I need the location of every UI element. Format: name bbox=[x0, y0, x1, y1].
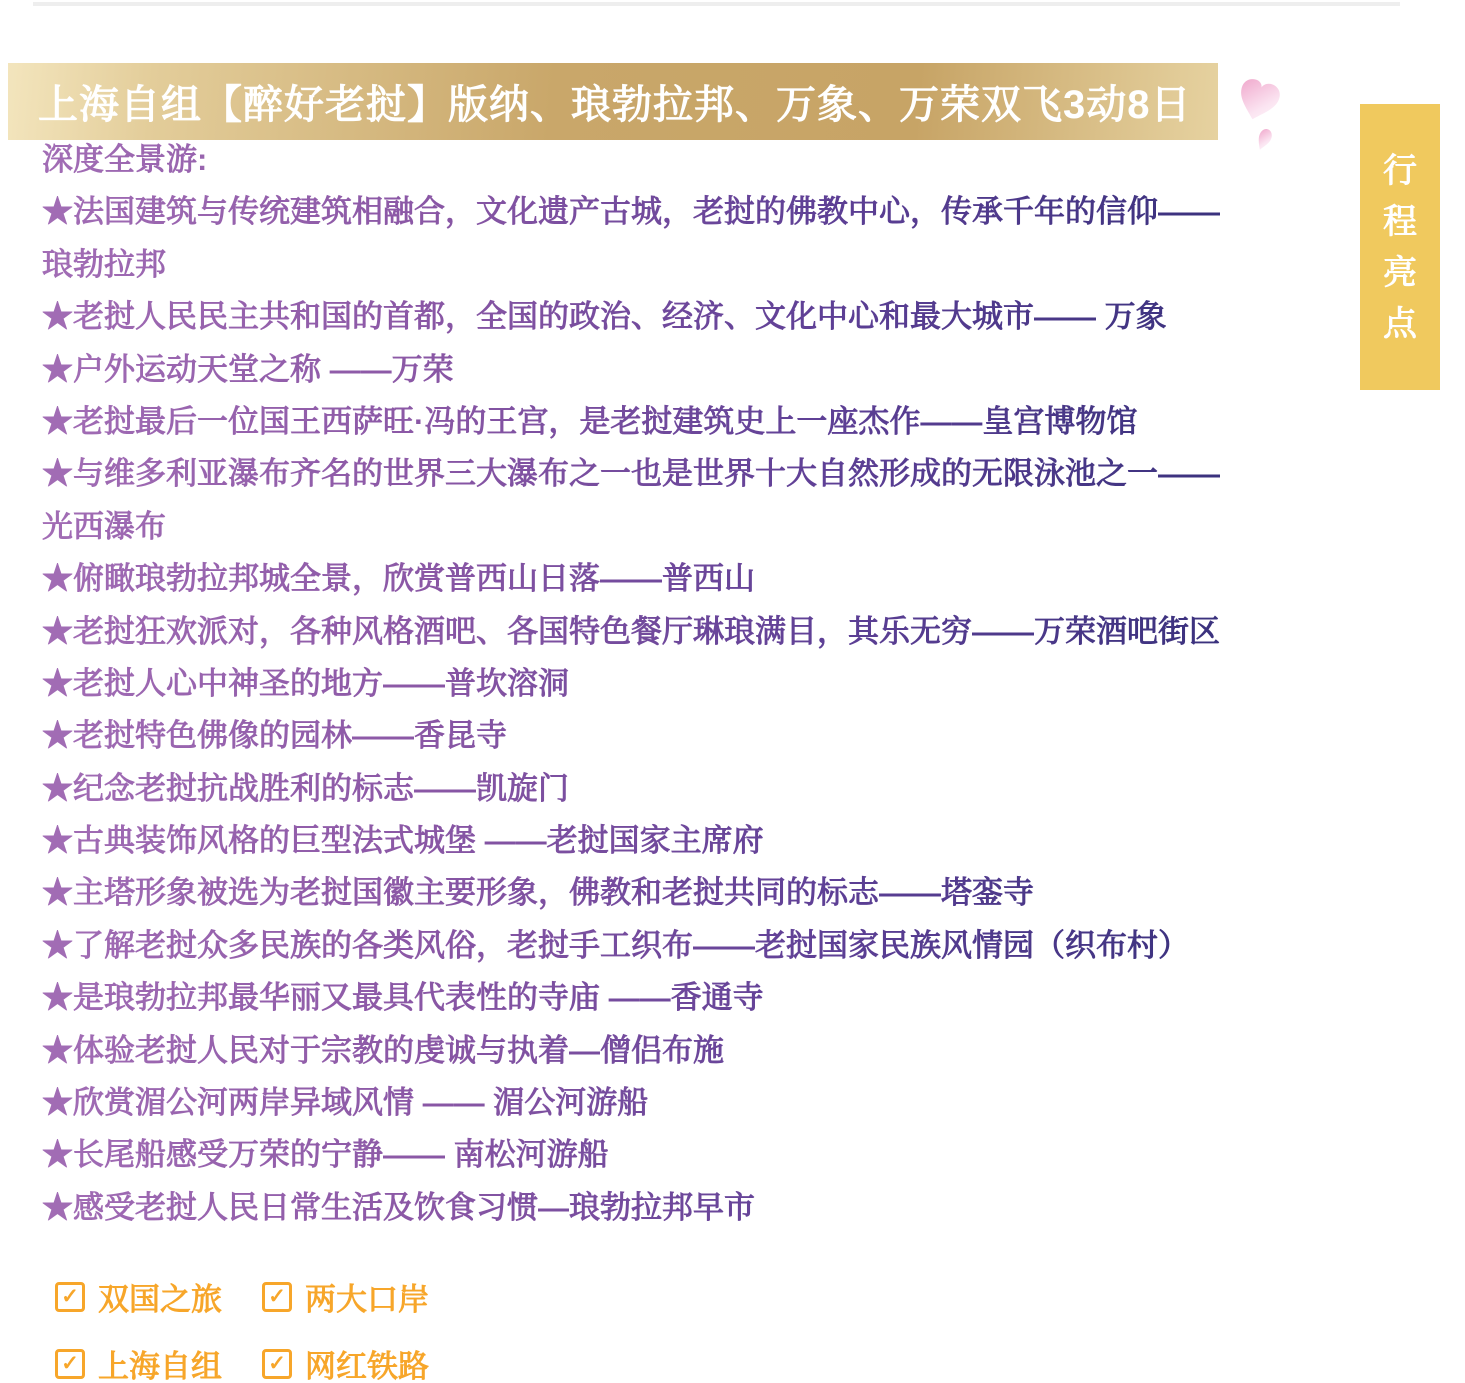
highlight-line: ★欣赏湄公河两岸异域风情 —— 湄公河游船 bbox=[42, 1077, 1320, 1129]
feature-item-dual-country: ✓ 双国之旅 bbox=[55, 1274, 222, 1319]
highlight-line: 光西瀑布 bbox=[42, 501, 1320, 553]
top-divider bbox=[33, 2, 1400, 6]
checked-box-icon: ✓ bbox=[55, 1282, 85, 1312]
feature-label: 上海自组 bbox=[98, 1341, 222, 1383]
highlight-line: ★体验老挝人民对于宗教的虔诚与执着—僧侣布施 bbox=[42, 1025, 1320, 1077]
highlight-line: ★长尾船感受万荣的宁静—— 南松河游船 bbox=[42, 1129, 1320, 1181]
side-tab-char: 亮 bbox=[1383, 256, 1417, 290]
highlight-line: ★户外运动天堂之称 ——万荣 bbox=[42, 344, 1320, 396]
page-title: 上海自组【醉好老挝】版纳、琅勃拉邦、万象、万荣双飞3动8日 bbox=[8, 73, 1192, 130]
highlight-line: 琅勃拉邦 bbox=[42, 239, 1320, 291]
highlight-line: ★老挝特色佛像的园林——香昆寺 bbox=[42, 710, 1320, 762]
tab-itinerary-highlights: 行 程 亮 点 bbox=[1360, 104, 1440, 390]
side-tab-char: 行 bbox=[1383, 154, 1417, 188]
feature-label: 双国之旅 bbox=[98, 1274, 222, 1319]
feature-label: 网红铁路 bbox=[305, 1341, 429, 1383]
highlight-line: ★法国建筑与传统建筑相融合，文化遗产古城，老挝的佛教中心，传承千年的信仰—— bbox=[42, 186, 1320, 238]
highlight-line: ★了解老挝众多民族的各类风俗，老挝手工织布——老挝国家民族风情园（织布村） bbox=[42, 920, 1320, 972]
highlight-line: ★老挝狂欢派对，各种风格酒吧、各国特色餐厅琳琅满目，其乐无穷——万荣酒吧街区 bbox=[42, 606, 1320, 658]
feature-item-two-ports: ✓ 两大口岸 bbox=[262, 1274, 429, 1319]
highlight-line: ★是琅勃拉邦最华丽又最具代表性的寺庙 ——香通寺 bbox=[42, 972, 1320, 1024]
title-banner: 上海自组【醉好老挝】版纳、琅勃拉邦、万象、万荣双飞3动8日 bbox=[8, 63, 1218, 140]
highlights-list: 深度全景游: ★法国建筑与传统建筑相融合，文化遗产古城，老挝的佛教中心，传承千年… bbox=[42, 134, 1320, 1234]
checked-box-icon: ✓ bbox=[262, 1349, 292, 1379]
highlight-line: ★老挝人民民主共和国的首都，全国的政治、经济、文化中心和最大城市—— 万象 bbox=[42, 291, 1320, 343]
highlight-line: ★主塔形象被选为老挝国徽主要形象，佛教和老挝共同的标志——塔銮寺 bbox=[42, 867, 1320, 919]
checked-box-icon: ✓ bbox=[55, 1349, 85, 1379]
highlight-line: ★老挝最后一位国王西萨旺·冯的王宫，是老挝建筑史上一座杰作——皇宫博物馆 bbox=[42, 396, 1320, 448]
highlight-line: ★纪念老挝抗战胜利的标志——凯旋门 bbox=[42, 763, 1320, 815]
highlight-line: ★古典装饰风格的巨型法式城堡 ——老挝国家主席府 bbox=[42, 815, 1320, 867]
side-tab-char: 点 bbox=[1383, 307, 1417, 341]
feature-item-famous-railway: ✓ 网红铁路 bbox=[262, 1341, 429, 1383]
checked-box-icon: ✓ bbox=[262, 1282, 292, 1312]
side-tab-char: 程 bbox=[1383, 205, 1417, 239]
highlight-line: ★俯瞰琅勃拉邦城全景，欣赏普西山日落——普西山 bbox=[42, 553, 1320, 605]
feature-badges: ✓ 双国之旅 ✓ 两大口岸 ✓ 上海自组 ✓ 网红铁路 bbox=[55, 1274, 429, 1383]
highlights-heading: 深度全景游: bbox=[42, 134, 1320, 186]
highlight-line: ★与维多利亚瀑布齐名的世界三大瀑布之一也是世界十大自然形成的无限泳池之一—— bbox=[42, 448, 1320, 500]
highlight-line: ★感受老挝人民日常生活及饮食习惯—琅勃拉邦早市 bbox=[42, 1182, 1320, 1234]
feature-label: 两大口岸 bbox=[305, 1274, 429, 1319]
highlight-line: ★老挝人心中神圣的地方——普坎溶洞 bbox=[42, 658, 1320, 710]
feature-item-shanghai-group: ✓ 上海自组 bbox=[55, 1341, 222, 1383]
